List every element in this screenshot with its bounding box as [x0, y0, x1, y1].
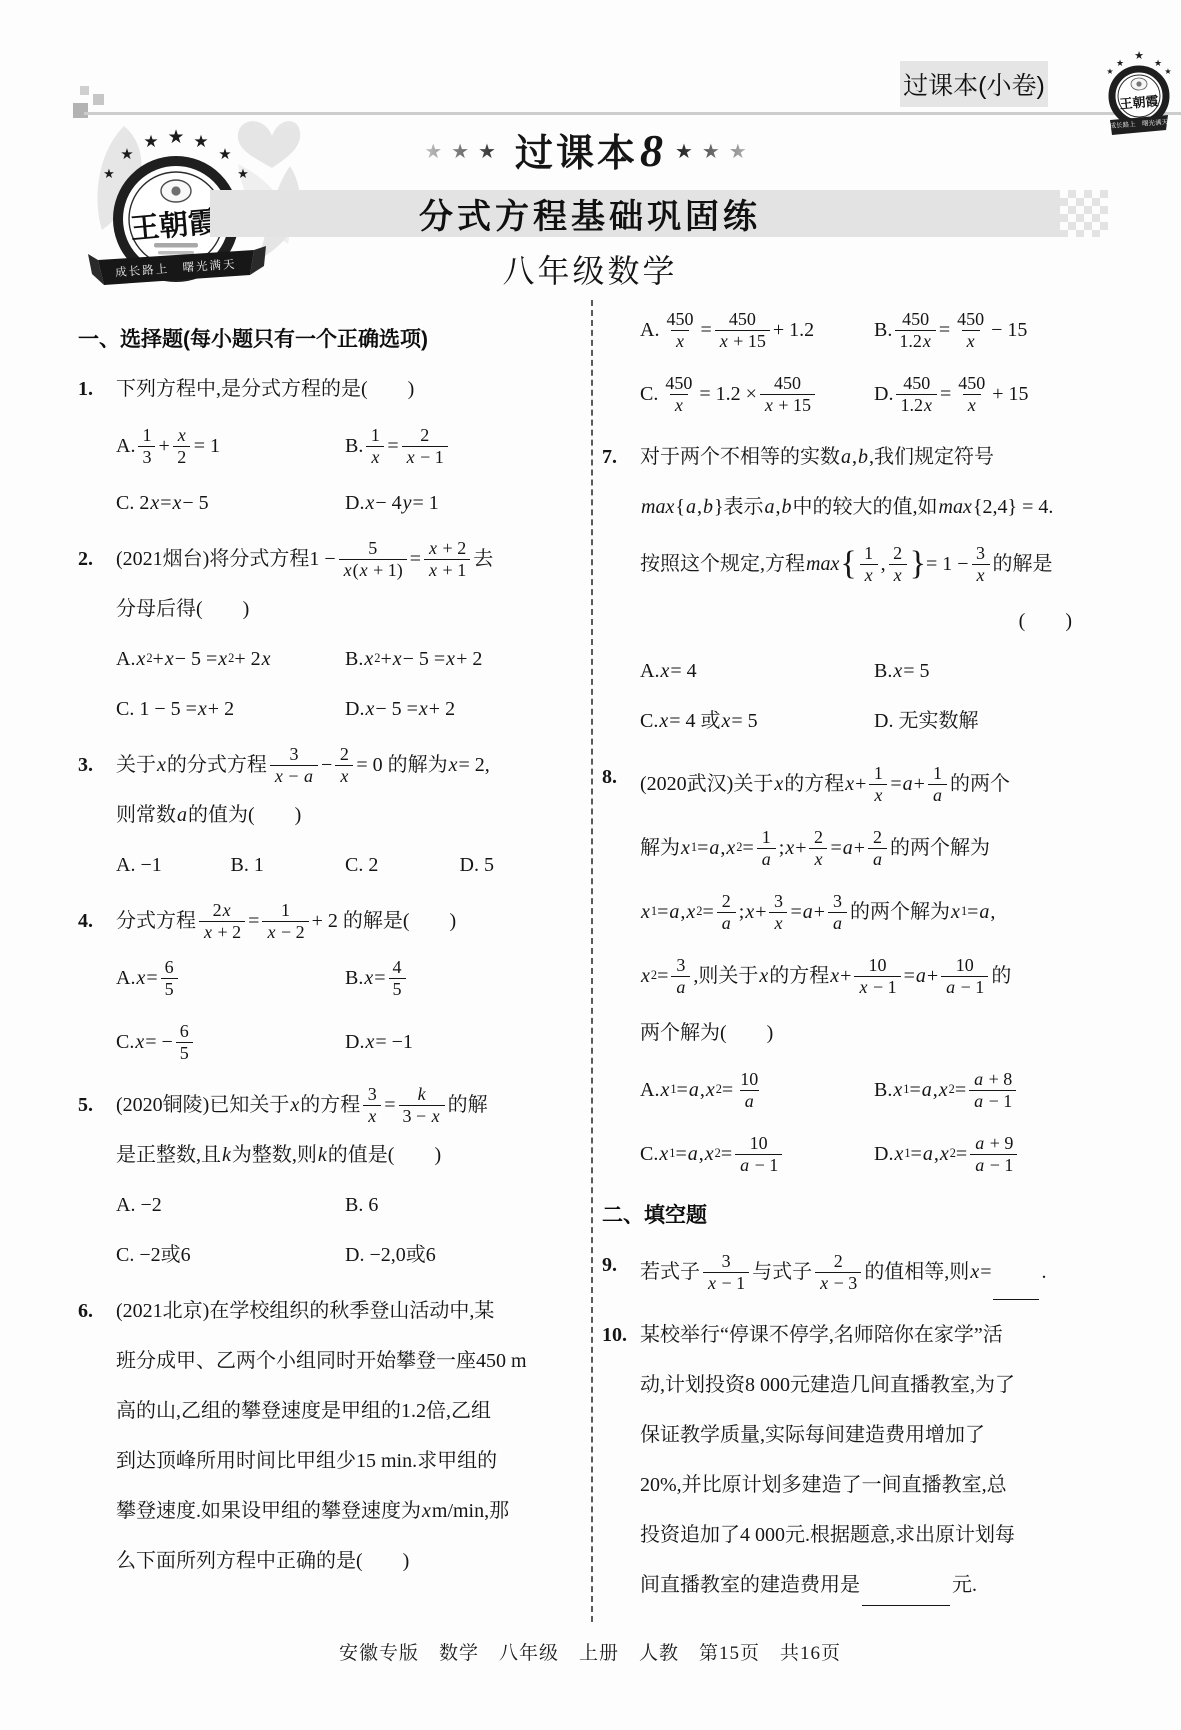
question-line: 某校举行“停课不停学,名师陪你在家学”活 — [640, 1310, 1108, 1360]
text-run: − 1 — [984, 1091, 1012, 1111]
text-run: 6 — [165, 957, 174, 977]
fraction-denominator: x — [769, 912, 787, 933]
text-run: x — [217, 645, 228, 674]
text-run: a — [668, 898, 680, 927]
text-run: = — [384, 1091, 395, 1120]
fraction-numerator: x — [173, 425, 191, 445]
option-row: A. −2B. 6 — [116, 1180, 574, 1230]
text-run: } — [910, 547, 926, 581]
portrait-face — [171, 186, 180, 195]
text-run: a — [902, 770, 914, 799]
text-run: k — [221, 1141, 232, 1170]
fraction-denominator: x + 1 — [424, 559, 470, 580]
question-line: 投资追加了4 000元.根据题意,求出原计划每 — [640, 1510, 1108, 1560]
text-run: + 15 — [729, 331, 766, 351]
text-run: 的方程 — [784, 770, 844, 799]
fraction-numerator: 3 — [285, 744, 302, 764]
text-run: 3 — [368, 1084, 377, 1104]
fraction: 450x — [953, 309, 988, 350]
text-run: 2 — [722, 891, 731, 911]
fraction-denominator: x — [809, 848, 827, 869]
fraction: 65 — [176, 1021, 193, 1062]
text-run: b — [857, 443, 869, 472]
text-run: 1 — [371, 425, 380, 445]
fraction-numerator: 4 — [389, 957, 406, 977]
text-run: 的分式方程 — [167, 751, 267, 780]
text-run: A. — [640, 657, 659, 686]
text-run: 3 − — [403, 1106, 431, 1126]
fraction-numerator: 2 — [830, 1251, 847, 1271]
text-run: max — [805, 550, 840, 579]
text-run: 3 — [722, 1251, 731, 1271]
text-run: D. — [345, 695, 364, 724]
text-run: x — [392, 645, 403, 674]
question-line: 动,计划投资8 000元建造几间直播教室,为了 — [640, 1360, 1108, 1410]
text-run: a — [708, 834, 720, 863]
text-run: 1 — [762, 827, 771, 847]
text-run: D. — [345, 1028, 364, 1057]
text-run: + 2 — [429, 695, 455, 724]
text-run: ( — [353, 560, 359, 580]
option-cell: A. −1 — [116, 851, 231, 880]
grade-subject-subtitle: 八年级数学 — [75, 246, 1105, 292]
fraction: 450x + 15 — [715, 309, 770, 350]
text-run: }表示 — [714, 493, 764, 522]
text-run: − 1 — [416, 447, 444, 467]
text-run: ,则关于 — [693, 962, 758, 991]
fraction-denominator: x — [363, 1105, 381, 1126]
question-line: 班分成甲、乙两个小组同时开始攀登一座450 m — [116, 1336, 574, 1386]
question-body: 下列方程中,是分式方程的是( )A. 13 + x2 = 1B. 1x = 2x… — [116, 364, 574, 528]
text-run: = 1 − — [926, 550, 969, 579]
fraction-denominator: 5 — [176, 1042, 193, 1063]
text-run: 3 — [142, 447, 151, 467]
portrait-face — [1136, 81, 1141, 86]
text-run: x — [164, 645, 175, 674]
text-run: 3 — [289, 744, 298, 764]
text-run: 2 — [834, 1251, 843, 1271]
text-run: a — [176, 801, 188, 830]
fraction-numerator: 1 — [277, 900, 294, 920]
fraction-denominator: x − a — [270, 765, 318, 786]
text-run: x — [421, 1497, 432, 1526]
text-run: m/min,那 — [432, 1497, 509, 1526]
text-run: x — [969, 1258, 980, 1287]
text-run: = 4 或 — [669, 707, 720, 736]
fraction-denominator: x — [670, 394, 688, 415]
fraction-numerator: 2 — [869, 827, 886, 847]
text-run: 450 — [665, 373, 692, 393]
text-run: − 1 — [868, 977, 896, 997]
fraction: 4501.2x — [895, 309, 936, 350]
text-run: max — [938, 493, 973, 522]
text-run: + 1) — [369, 560, 403, 580]
fraction: 5x(x + 1) — [339, 538, 407, 579]
option-row: A. x = 4B. x = 5 — [640, 646, 1108, 696]
fraction-denominator: x + 15 — [715, 330, 770, 351]
fraction-denominator: x — [962, 330, 980, 351]
option-cell: C. x = −65 — [116, 1021, 345, 1062]
fraction: 1x — [869, 763, 887, 804]
question: 8.(2020武汉)关于x的方程x + 1x = a + 1a的两个解为 x1 … — [602, 752, 1108, 1186]
fraction: 450x — [662, 309, 697, 350]
text-run: = −1 — [375, 1028, 413, 1057]
question-line: 两个解为( ) — [640, 1008, 1108, 1058]
worksheet-page: 过课本(小卷) ★ ★ ★ ★ ★ 王朝霞 成长路上 曙光满天 ★ ★ ★ ★ — [0, 0, 1181, 1730]
text-run: b — [781, 493, 793, 522]
option-cell: C. 2x = x − 5 — [116, 489, 345, 518]
text-run: x — [222, 900, 232, 920]
text-run: − 5 — [182, 489, 208, 518]
text-run: a — [675, 977, 686, 997]
star-decoration-left: ★★★ — [424, 141, 505, 163]
text-run: = — [909, 1076, 920, 1105]
question-line: 若式子3x − 1与式子2x − 3的值相等,则x = . — [640, 1240, 1108, 1304]
svg-text:★: ★ — [1106, 67, 1113, 76]
brand-logo-small: ★ ★ ★ ★ ★ 王朝霞 成长路上 曙光满天 — [1094, 40, 1181, 158]
text-run: 分母后得( ) — [116, 595, 249, 624]
text-run: = — [160, 489, 171, 518]
option-cell: D. x = −1 — [345, 1028, 574, 1057]
text-run: B. — [874, 316, 892, 345]
text-run: 1 — [281, 900, 290, 920]
text-run: = — [657, 898, 668, 927]
fraction-denominator: x + 15 — [760, 394, 815, 415]
question-line: (2020铜陵)已知关于x的方程3x = k3 − x的解 — [116, 1080, 574, 1130]
question-body: 对于两个不相等的实数 a,b,我们规定符号max{a,b}表示a,b中的较大的值… — [640, 432, 1108, 746]
fraction-denominator: a — [717, 912, 736, 933]
fraction-numerator: 10 — [746, 1133, 772, 1153]
fraction-numerator: 3 — [829, 891, 846, 911]
text-run: 是正整数,且 — [116, 1141, 221, 1170]
text-run: x — [134, 1028, 145, 1057]
option-cell: A. x = 4 — [640, 657, 874, 686]
text-run: = 4 — [670, 657, 696, 686]
text-run: 450 — [957, 309, 984, 329]
fraction-numerator: 3 — [364, 1084, 381, 1104]
fraction-numerator: a + 9 — [970, 1133, 1017, 1153]
text-run: x — [784, 834, 795, 863]
text-run: B. — [345, 432, 363, 461]
text-run: A. — [116, 645, 135, 674]
text-run: + 2 — [208, 695, 234, 724]
corner-registration-marks — [80, 86, 89, 95]
text-run: a — [744, 1091, 755, 1111]
option-cell: D. 5 — [460, 851, 575, 880]
text-run: { — [840, 547, 856, 581]
text-run: a — [974, 1155, 985, 1175]
text-run: 按照这个规定,方程 — [640, 550, 805, 579]
text-run: + 8 — [984, 1069, 1012, 1089]
text-run: a — [978, 898, 990, 927]
text-run: = — [697, 834, 708, 863]
fraction-numerator: 5 — [364, 538, 381, 558]
fraction-denominator: 5 — [389, 978, 406, 999]
text-run: = — [675, 1140, 686, 1169]
text-run: x — [893, 565, 903, 585]
text-run: = — [956, 1140, 967, 1169]
fraction-numerator: 2 — [810, 827, 827, 847]
fraction: 1a — [928, 763, 947, 804]
text-run: 5 — [180, 1043, 189, 1063]
fraction-numerator: 2 — [416, 425, 433, 445]
text-run: 的方程 — [769, 962, 829, 991]
text-run: {2,4} = 4. — [973, 493, 1053, 522]
text-run: + — [927, 962, 938, 991]
text-run: 450 — [958, 373, 985, 393]
text-run: = − — [145, 1028, 173, 1057]
fraction: 3x — [972, 543, 990, 584]
text-run: a — [842, 834, 854, 863]
question-line: 是正整数,且k为整数,则k的值是( ) — [116, 1130, 574, 1180]
text-run: − 15 — [991, 316, 1027, 345]
option-cell: C. x = 4 或 x = 5 — [640, 707, 874, 736]
text-run: = — [146, 964, 157, 993]
fraction-numerator: 450 — [953, 309, 988, 329]
text-run: x — [893, 1140, 904, 1169]
text-run: x — [203, 922, 213, 942]
fraction-denominator: a − 1 — [969, 1090, 1016, 1111]
fraction-numerator: 450 — [725, 309, 760, 329]
text-run: 450 — [903, 373, 930, 393]
svg-text:★: ★ — [1116, 58, 1124, 68]
text-run: x — [658, 707, 669, 736]
text-run: D. — [345, 489, 364, 518]
fraction: 1x − 2 — [262, 900, 308, 941]
text-run: x — [406, 447, 416, 467]
text-run: x — [274, 766, 284, 786]
question-body: (2021北京)在学校组织的秋季登山活动中,某班分成甲、乙两个小组同时开始攀登一… — [116, 1286, 574, 1586]
fraction-numerator: 2 — [889, 543, 906, 563]
text-run: 10 — [956, 955, 974, 975]
question-body: (2021烟台)将分式方程1 − 5x(x + 1) = x + 2x + 1去… — [116, 534, 574, 734]
fraction-numerator: a + 8 — [969, 1069, 1016, 1089]
text-run: a — [922, 1140, 934, 1169]
text-run: = 5 — [903, 657, 929, 686]
question: 5.(2020铜陵)已知关于x的方程3x = k3 − x的解是正整数,且k为整… — [78, 1080, 574, 1280]
option-cell: D. 4501.2x = 450x + 15 — [874, 373, 1108, 414]
fraction-denominator: x — [335, 765, 353, 786]
text-run: A. — [116, 964, 135, 993]
text-run: x — [819, 1273, 829, 1293]
option-row: C. 2x = x − 5D. x − 4y = 1 — [116, 478, 574, 528]
text-run: x — [721, 707, 732, 736]
text-run: C. — [116, 1028, 134, 1057]
fraction-denominator: x + 2 — [199, 921, 245, 942]
fraction: 1a — [757, 827, 776, 868]
text-run: x — [367, 1106, 377, 1126]
text-run: = — [939, 316, 950, 345]
text-run: a — [739, 1155, 750, 1175]
text-run: + — [380, 645, 391, 674]
text-run: 3 — [976, 543, 985, 563]
text-run: = — [702, 898, 713, 927]
text-run: a — [685, 493, 697, 522]
text-run: x — [950, 898, 961, 927]
text-run: A. −2 — [116, 1191, 162, 1220]
text-run: − 4 — [375, 489, 401, 518]
fraction: 1x — [366, 425, 384, 466]
fraction-denominator: a − 1 — [735, 1154, 782, 1175]
fraction-numerator: 450 — [661, 373, 696, 393]
question-number: 2. — [78, 534, 93, 584]
text-run: 到达顶峰所用时间比甲组少15 min.求甲组的 — [116, 1447, 497, 1476]
text-run: − 1 — [750, 1155, 778, 1175]
text-run: = — [742, 834, 753, 863]
option-cell: B. 6 — [345, 1191, 574, 1220]
text-run: 5 — [393, 979, 402, 999]
text-run: 去 — [473, 545, 493, 574]
text-run: x — [135, 964, 146, 993]
option-cell: A. x1 = a, x2 = 10a — [640, 1069, 874, 1110]
fraction: 4501.2x — [896, 373, 937, 414]
fraction: 2x — [809, 827, 827, 868]
text-run: − 1 — [717, 1273, 745, 1293]
question-number: 5. — [78, 1080, 93, 1130]
question-line: 关于x的分式方程3x − a − 2x = 0 的解为 x = 2, — [116, 740, 574, 790]
fraction: x2 — [173, 425, 191, 466]
text-run: = — [955, 1076, 966, 1105]
page-footer: 安徽专版 数学 八年级 上册 人教 第15页 共16页 — [75, 1638, 1105, 1665]
fraction: 45 — [389, 957, 406, 998]
fraction-denominator: x(x + 1) — [339, 559, 407, 580]
question-line: max{a,b}表示a,b中的较大的值,如max{2,4} = 4. — [640, 482, 1108, 532]
text-run: B. — [874, 1076, 892, 1105]
option-cell: A. x = 65 — [116, 957, 345, 998]
text-run: − — [321, 751, 332, 780]
text-run: ,我们规定符号 — [869, 443, 994, 472]
svg-text:★: ★ — [1134, 50, 1144, 62]
fraction-numerator: 450 — [898, 309, 933, 329]
text-run: x — [744, 898, 755, 927]
text-run: x — [428, 560, 438, 580]
text-run: a — [761, 849, 772, 869]
question-number: 10. — [602, 1310, 627, 1360]
text-run: x — [659, 1076, 670, 1105]
text-run: A. — [116, 432, 135, 461]
text-run: x — [923, 395, 933, 415]
fraction-denominator: a — [868, 848, 887, 869]
fraction: 1x — [860, 543, 878, 584]
text-run: + 15 — [774, 395, 811, 415]
fraction-denominator: x — [860, 564, 878, 585]
text-run: x — [428, 538, 438, 558]
text-run: C. 2 — [116, 489, 149, 518]
text-run: 2 — [177, 447, 186, 467]
text-run: x — [685, 898, 696, 927]
option-cell: B. 1 — [231, 851, 346, 880]
text-run: (2021北京)在学校组织的秋季登山活动中,某 — [116, 1297, 494, 1326]
question-line: 则常数a的值为( ) — [116, 790, 574, 840]
fraction: a + 9a − 1 — [970, 1133, 1017, 1174]
text-run: A. — [640, 316, 659, 345]
text-run: x — [364, 489, 375, 518]
fraction-numerator: 1 — [138, 425, 155, 445]
fraction-denominator: a − 1 — [970, 1154, 1017, 1175]
text-run: ( ) — [1019, 607, 1072, 636]
chapter-banner: 分式方程基础巩固练 — [210, 190, 1060, 237]
option-row: A. −1B. 1C. 2D. 5 — [116, 840, 574, 890]
question-number: 8. — [602, 752, 617, 802]
text-run: 1 — [864, 543, 873, 563]
text-run: 2 — [814, 827, 823, 847]
text-run: + — [814, 898, 825, 927]
question-line: x1 = a, x2 = 2a;x + 3x = a + 3a的两个解为x1 =… — [640, 880, 1108, 944]
text-run: 10 — [740, 1069, 758, 1089]
text-run: 关于 — [116, 751, 156, 780]
text-run: k — [317, 1141, 328, 1170]
text-run: D. −2,0或6 — [345, 1241, 436, 1270]
fraction: 3x — [769, 891, 787, 932]
option-row: A. x2 + x − 5 = x2 + 2xB. x2 + x − 5 = x… — [116, 634, 574, 684]
text-run: − 2 — [276, 922, 304, 942]
page-title-line: ★★★过课本8★★★ — [75, 122, 1105, 177]
text-run: x — [363, 964, 374, 993]
fraction-numerator: 3 — [672, 955, 689, 975]
text-run: 分式方程 — [116, 907, 196, 936]
text-run: 3 — [774, 891, 783, 911]
fraction-denominator: a — [828, 912, 847, 933]
text-run: , — [990, 898, 995, 927]
text-run: = — [677, 1076, 688, 1105]
fraction-numerator: 3 — [972, 543, 989, 563]
text-run: a — [932, 785, 943, 805]
option-cell: B. 1x = 2x − 1 — [345, 425, 574, 466]
text-run: x — [858, 977, 868, 997]
text-run: x — [135, 645, 146, 674]
fraction: 450x — [661, 373, 696, 414]
question-line: 对于两个不相等的实数 a,b,我们规定符号 — [640, 432, 1108, 482]
fraction-denominator: 1.2x — [896, 394, 937, 415]
question: 1.下列方程中,是分式方程的是( )A. 13 + x2 = 1B. 1x = … — [78, 364, 574, 528]
page-title-number: 8 — [640, 125, 663, 176]
text-run: 则常数 — [116, 801, 176, 830]
option-row: C. 1 − 5 = x + 2D. x − 5 = x + 2 — [116, 684, 574, 734]
text-run: 1 — [933, 763, 942, 783]
fraction: 3x — [363, 1084, 381, 1125]
fraction-numerator: 2 — [718, 891, 735, 911]
fraction-numerator: 1 — [860, 543, 877, 563]
text-run: C. — [640, 707, 658, 736]
text-run: + — [914, 770, 925, 799]
option-cell: B. x2 + x − 5 = x + 2 — [345, 645, 574, 674]
fraction-denominator: x — [889, 564, 907, 585]
fraction: 10a − 1 — [735, 1133, 782, 1174]
fill-in-blank — [993, 1278, 1039, 1300]
question-line: 攀登速度.如果设甲组的攀登速度为x m/min,那 — [116, 1486, 574, 1536]
text-run: 的值是( ) — [328, 1141, 441, 1170]
text-run: 攀登速度.如果设甲组的攀登速度为 — [116, 1497, 421, 1526]
text-run: + — [158, 432, 169, 461]
section-heading: 一、选择题(每小题只有一个正确选项) — [78, 316, 574, 364]
fraction-numerator: k — [413, 1084, 431, 1104]
fraction-numerator: 3 — [718, 1251, 735, 1271]
text-run: 的方程 — [300, 1091, 360, 1120]
text-run: D. 5 — [460, 851, 494, 880]
text-run: = — [980, 1258, 991, 1287]
header-tag-label: 过课本(小卷) — [903, 66, 1045, 102]
text-run: a — [840, 443, 852, 472]
text-run: C. −2或6 — [116, 1241, 191, 1270]
fraction-denominator: x − 2 — [262, 921, 308, 942]
text-run: x — [844, 770, 855, 799]
text-run: a — [974, 1133, 985, 1153]
header-tag: 过课本(小卷) — [900, 61, 1048, 107]
column-divider — [591, 300, 593, 1622]
fraction-numerator: 3 — [770, 891, 787, 911]
text-run: = — [890, 770, 901, 799]
text-run: , — [881, 550, 886, 579]
